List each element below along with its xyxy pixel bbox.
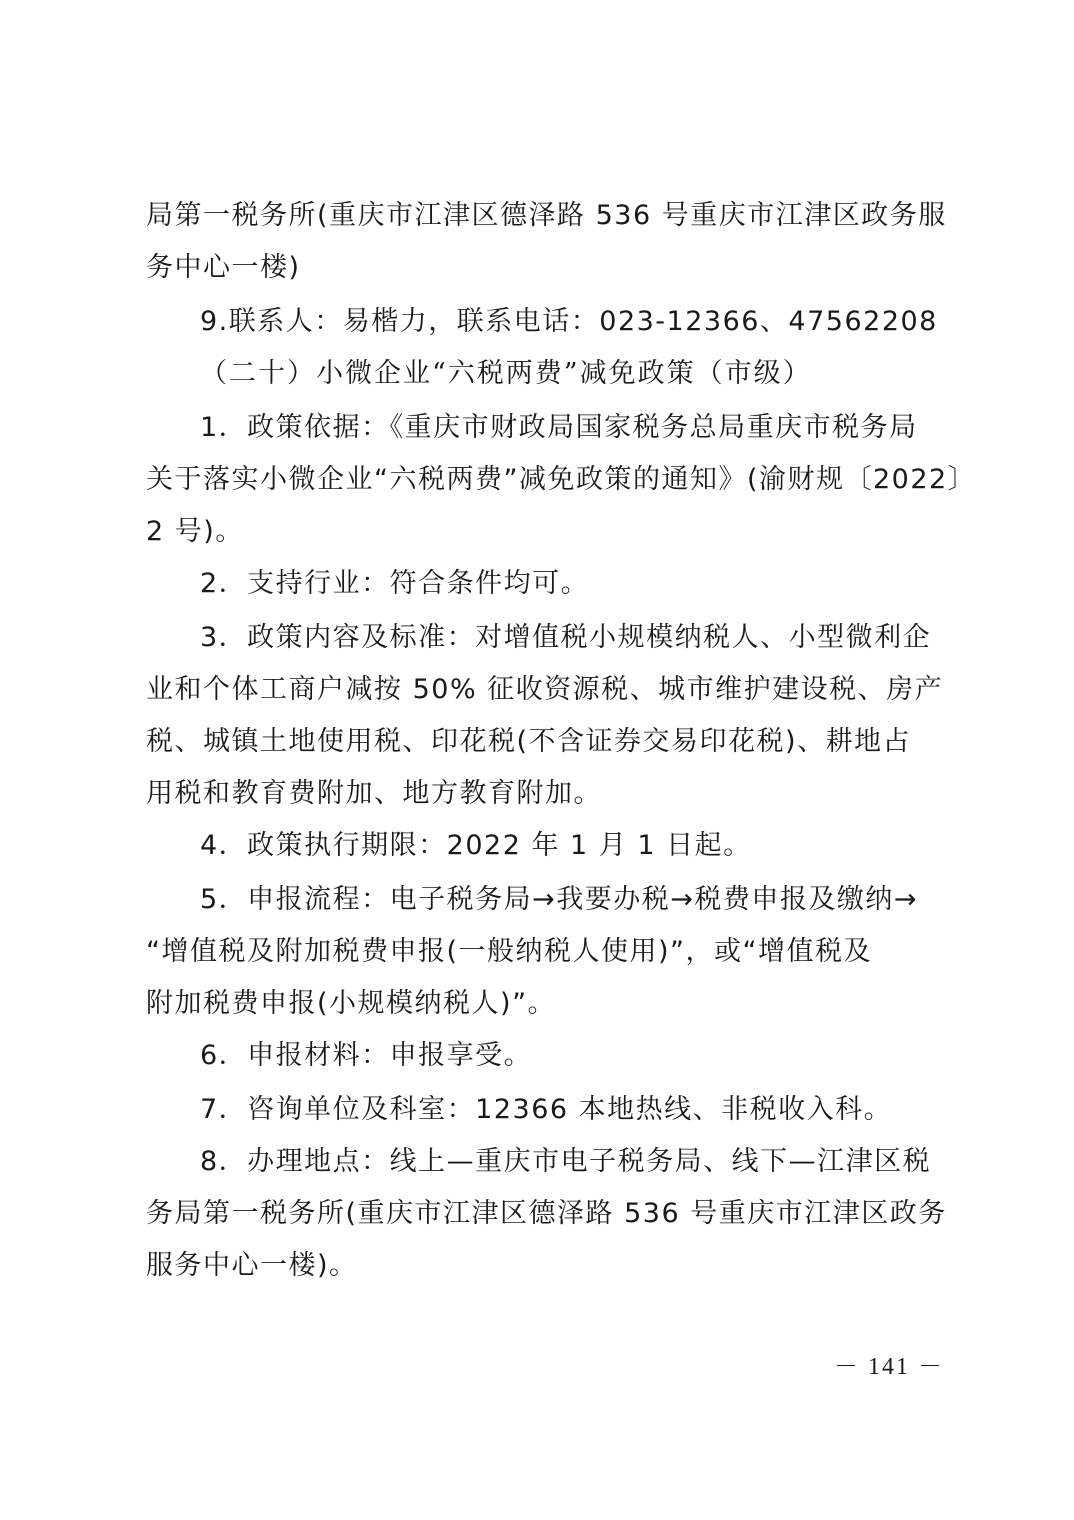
text-line: 局第一税务所(重庆市江津区德泽路 536 号重庆市江津区政务服 bbox=[146, 196, 947, 236]
materials-item: 6．申报材料：申报享受。 bbox=[200, 1036, 532, 1076]
text-line: 税、城镇土地使用税、印花税(不含证券交易印花税)、耕地占 bbox=[146, 722, 911, 762]
period-item: 4．政策执行期限：2022 年 1 月 1 日起。 bbox=[200, 826, 752, 866]
text-line: 关于落实小微企业“六税两费”减免政策的通知》(渝财规〔2022〕 bbox=[146, 460, 976, 500]
industry-item: 2．支持行业：符合条件均可。 bbox=[200, 564, 589, 604]
text-line: 2 号)。 bbox=[146, 512, 244, 552]
consult-item: 7．咨询单位及科室：12366 本地热线、非税收入科。 bbox=[200, 1090, 892, 1130]
text-line: 服务中心一楼)。 bbox=[146, 1246, 358, 1286]
policy-basis-item: 1．政策依据：《重庆市财政局国家税务总局重庆市税务局 bbox=[200, 408, 918, 448]
text-line: 务局第一税务所(重庆市江津区德泽路 536 号重庆市江津区政务 bbox=[146, 1194, 947, 1234]
page-number: － 141 － bbox=[834, 1346, 944, 1381]
policy-content-item: 3．政策内容及标准：对增值税小规模纳税人、小型微利企 bbox=[200, 618, 931, 658]
text-line: 附加税费申报(小规模纳税人)”。 bbox=[146, 984, 556, 1024]
process-item: 5．申报流程：电子税务局→我要办税→税费申报及缴纳→ bbox=[200, 880, 918, 920]
text-line: 务中心一楼) bbox=[146, 248, 301, 288]
section-heading: （二十）小微企业“六税两费”减免政策（市级） bbox=[200, 354, 812, 394]
location-item: 8．办理地点：线上—重庆市电子税务局、线下—江津区税 bbox=[200, 1142, 931, 1182]
text-line: 用税和教育费附加、地方教育附加。 bbox=[146, 774, 602, 814]
text-line: 业和个体工商户减按 50% 征收资源税、城市维护建设税、房产 bbox=[146, 670, 943, 710]
contact-line: 9.联系人：易楷力，联系电话：023-12366、47562208 bbox=[200, 302, 938, 342]
text-line: “增值税及附加税费申报(一般纳税人使用)”，或“增值税及 bbox=[146, 932, 872, 972]
